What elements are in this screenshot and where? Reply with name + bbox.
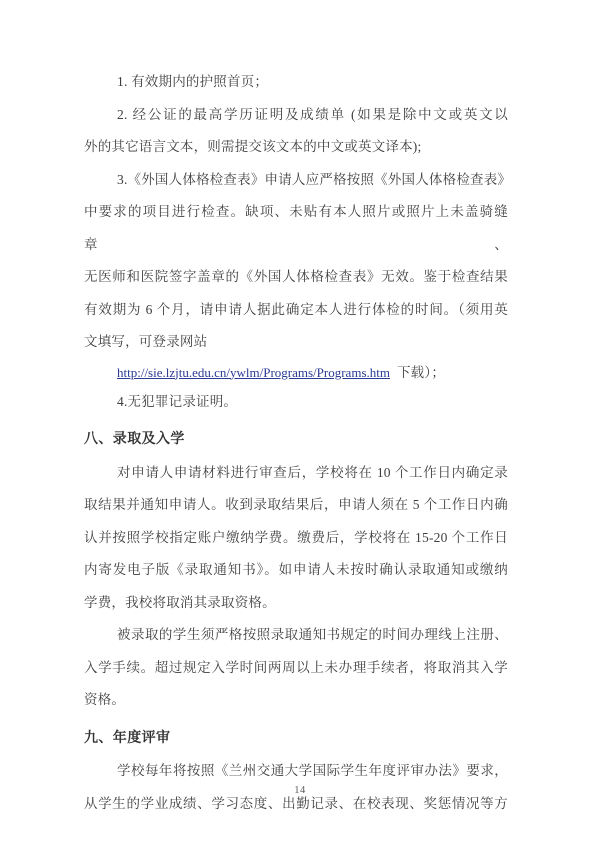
checklist-item-3-line-3: 无医师和医院签字盖章的《外国人体格检查表》无效。鉴于检查结果	[84, 261, 508, 294]
admission-para1-line-3: 认并按照学校指定账户缴纳学费。缴费后，学校将在 15-20 个工作日	[84, 522, 508, 555]
admission-para1-line-2: 取结果并通知申请人。收到录取结果后，申请人须在 5 个工作日内确	[84, 489, 508, 522]
checklist-item-3-line-5: 文填写，可登录网站	[84, 326, 508, 359]
admission-para2-line-1: 被录取的学生须严格按照录取通知书规定的时间办理线上注册、	[84, 619, 508, 652]
section-review-heading: 九、年度评审	[84, 723, 508, 756]
checklist-item-3-line-2: 中要求的项目进行检查。缺项、未贴有本人照片或照片上未盖骑缝章、	[84, 196, 508, 261]
checklist-item-3-line-4: 有效期为 6 个月，请申请人据此确定本人进行体检的时间。（须用英	[84, 294, 508, 327]
review-para1-line-1: 学校每年将按照《兰州交通大学国际学生年度评审办法》要求，	[84, 755, 508, 788]
checklist-item-2-line-1: 2. 经公证的最高学历证明及成绩单 (如果是除中文或英文以	[84, 99, 508, 132]
admission-para2-line-3: 资格。	[84, 684, 508, 717]
admission-para1-line-4: 内寄发电子版《录取通知书》。如申请人未按时确认录取通知或缴纳	[84, 554, 508, 587]
checklist-item-2-line-2: 外的其它语言文本，则需提交该文本的中文或英文译本);	[84, 131, 508, 164]
checklist-item-1: 1. 有效期内的护照首页；	[84, 66, 508, 99]
admission-para1-line-5: 学费，我校将取消其录取资格。	[84, 587, 508, 620]
programs-download-link[interactable]: http://sie.lzjtu.edu.cn/ywlm/Programs/Pr…	[117, 365, 390, 380]
section-annual-review: 九、年度评审 学校每年将按照《兰州交通大学国际学生年度评审办法》要求， 从学生的…	[84, 723, 508, 821]
section-admission-and-enrollment: 八、录取及入学 对申请人申请材料进行审查后，学校将在 10 个工作日内确定录 取…	[84, 424, 508, 717]
document-page: 1. 有效期内的护照首页； 2. 经公证的最高学历证明及成绩单 (如果是除中文或…	[0, 0, 600, 848]
page-number: 14	[0, 785, 600, 796]
checklist-item-3-link-line: http://sie.lzjtu.edu.cn/ywlm/Programs/Pr…	[84, 359, 508, 386]
section-admission-heading: 八、录取及入学	[84, 424, 508, 457]
checklist-item-3-line-1: 3.《外国人体格检查表》申请人应严格按照《外国人体格检查表》	[84, 164, 508, 197]
admission-para1-line-1: 对申请人申请材料进行审查后，学校将在 10 个工作日内确定录	[84, 457, 508, 490]
download-link-tail-text: 下载）；	[397, 365, 445, 380]
admission-para2-line-2: 入学手续。超过规定入学时间两周以上未办理手续者，将取消其入学	[84, 652, 508, 685]
page-content: 1. 有效期内的护照首页； 2. 经公证的最高学历证明及成绩单 (如果是除中文或…	[84, 66, 508, 820]
application-materials-checklist: 1. 有效期内的护照首页； 2. 经公证的最高学历证明及成绩单 (如果是除中文或…	[84, 66, 508, 418]
checklist-item-4: 4.无犯罪记录证明。	[84, 386, 508, 419]
